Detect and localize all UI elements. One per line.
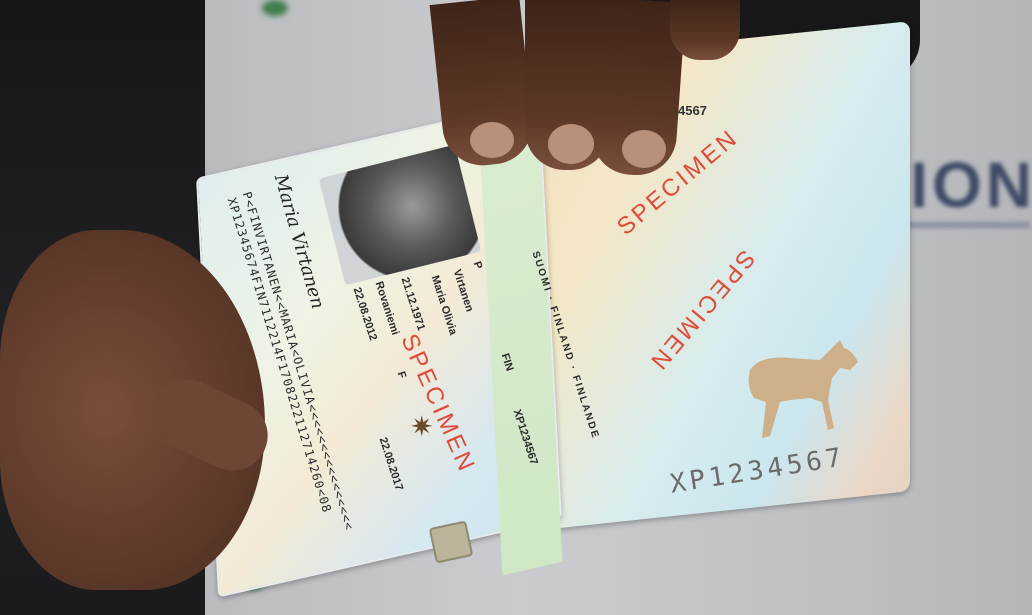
emblem-star-icon: ✷ bbox=[410, 410, 433, 443]
biometric-chip-icon bbox=[429, 520, 474, 563]
right-hand-finger bbox=[670, 0, 740, 60]
fingernail bbox=[548, 124, 594, 164]
fingernail bbox=[622, 130, 666, 168]
moose-icon bbox=[740, 340, 860, 450]
fingernail bbox=[470, 122, 514, 158]
page-number-fragment: 4567 bbox=[678, 103, 707, 118]
